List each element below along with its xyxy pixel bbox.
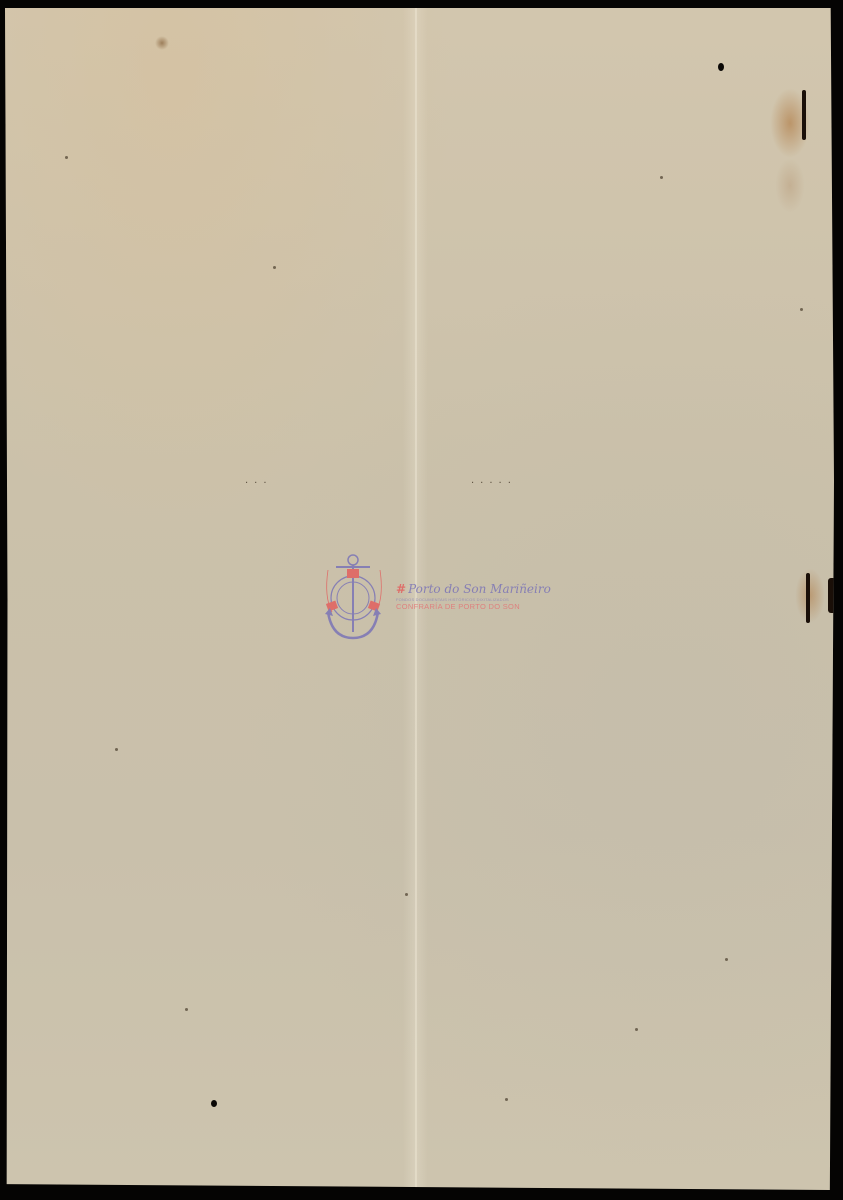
anchor-emblem-icon	[322, 552, 392, 644]
ink-spot	[718, 63, 724, 71]
burn-hole-right	[806, 573, 810, 623]
watermark-text-block: #Porto do Son Mariñeiro FONDOS DOCUMENTA…	[396, 582, 546, 611]
burn-hole-top-right	[802, 90, 806, 140]
digitization-watermark: #Porto do Son Mariñeiro FONDOS DOCUMENTA…	[322, 552, 532, 647]
faint-stain	[775, 158, 805, 213]
rust-stain-edge	[795, 568, 825, 623]
watermark-title: #Porto do Son Mariñeiro	[396, 582, 546, 596]
hole-bottom	[211, 1100, 217, 1107]
hashtag-symbol: #	[396, 582, 406, 596]
watermark-organization: CONFRARÍA DE PORTO DO SON	[396, 602, 546, 611]
edge-damage-right	[828, 578, 836, 613]
bleed-through-dots-right: ·····	[471, 478, 517, 489]
spot-stain	[155, 36, 169, 50]
bleed-through-dots-left: ···	[245, 478, 273, 489]
